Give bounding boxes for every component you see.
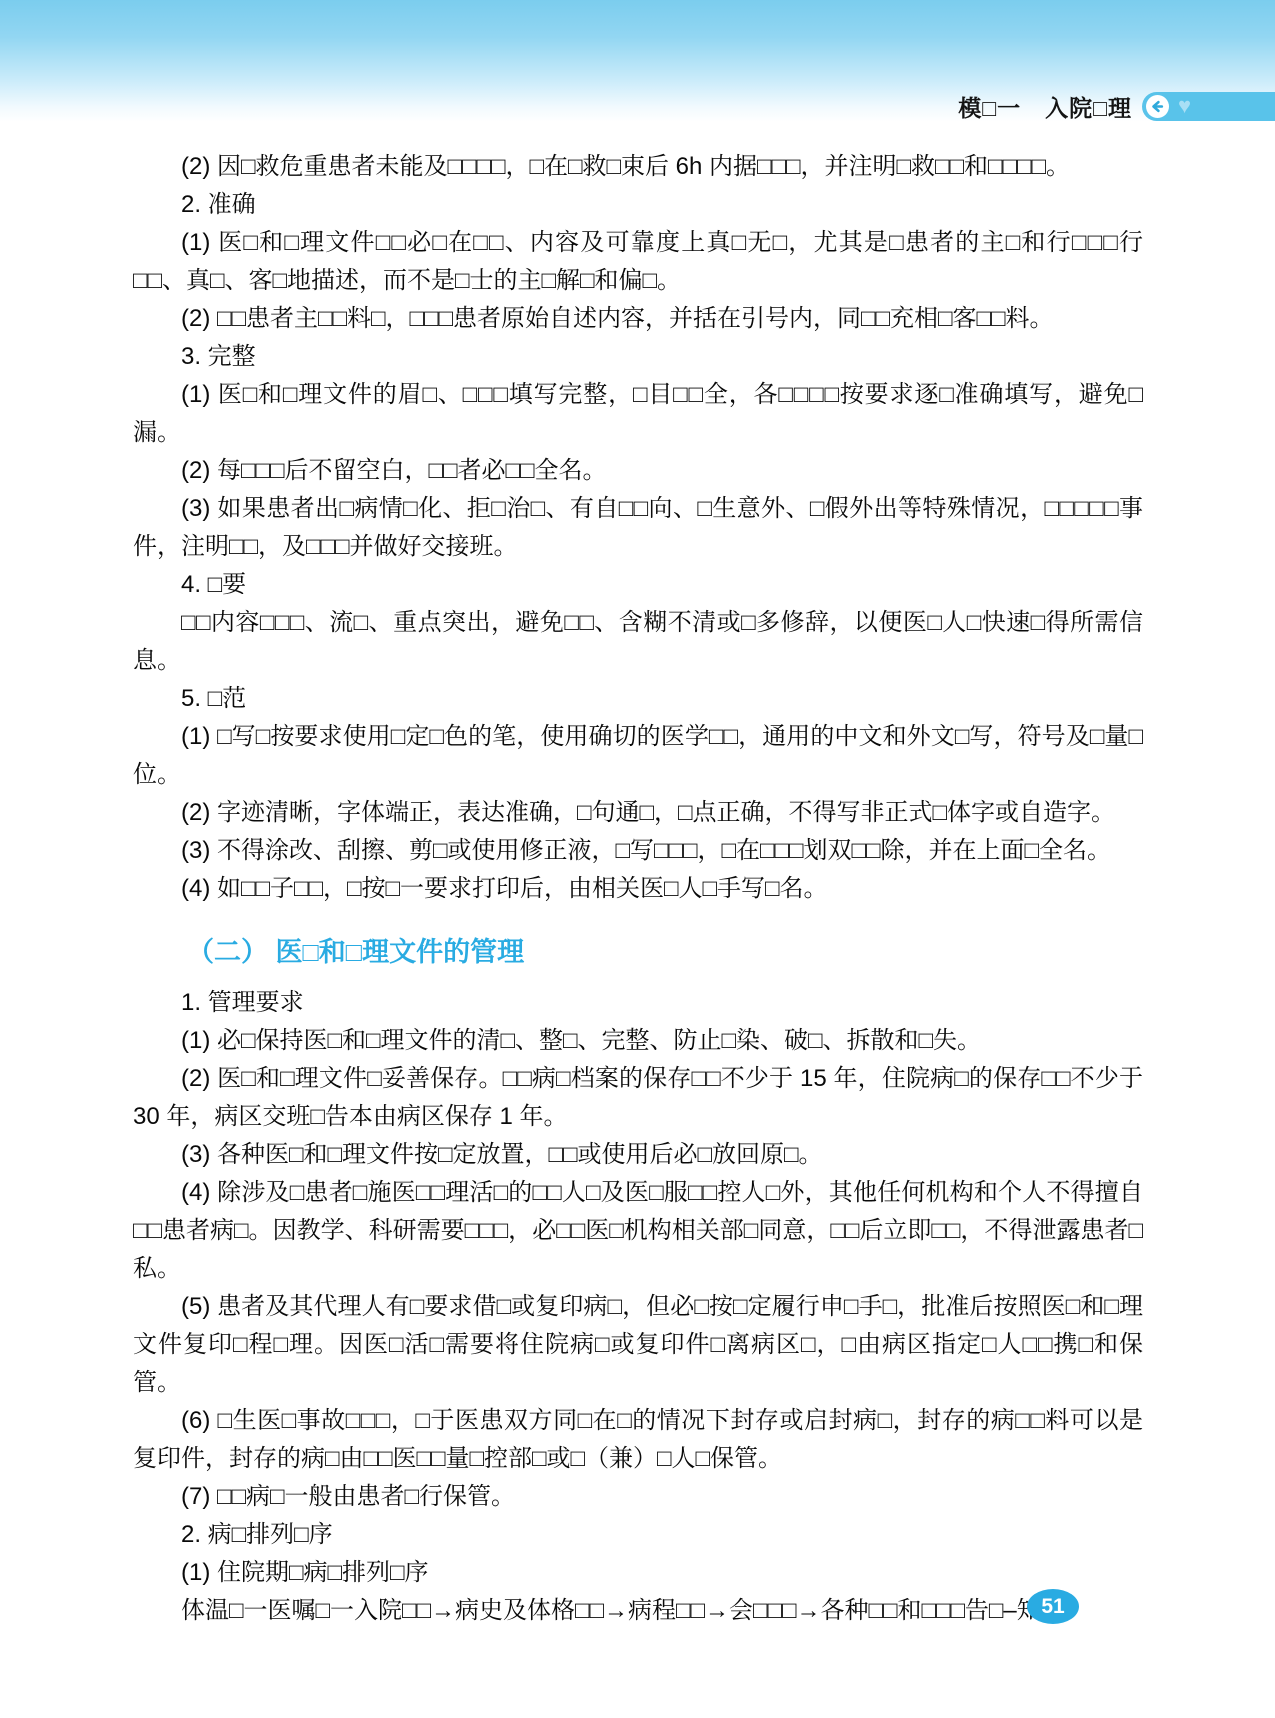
section-heading: （二） 医□和□理文件的管理 <box>133 932 1143 972</box>
paragraph: (4) 如□□子□□，□按□一要求打印后，由相关医□人□手写□名。 <box>133 870 1143 908</box>
paragraph: (1) 住院期□病□排列□序 <box>133 1554 1143 1592</box>
paragraph: (1) 医□和□理文件的眉□、□□□填写完整，□目□□全，各□□□□按要求逐□准… <box>133 376 1143 452</box>
paragraph: (1) 必□保持医□和□理文件的清□、整□、完整、防止□染、破□、拆散和□失。 <box>133 1022 1143 1060</box>
header-accent-strip: ♥ <box>1142 92 1275 121</box>
paragraph: 4. □要 <box>133 566 1143 604</box>
paragraph: 2. 准确 <box>133 186 1143 224</box>
paragraph: (2) 因□救危重患者未能及□□□□，□在□救□束后 6h 内据□□□，并注明□… <box>133 148 1143 186</box>
paragraph: (1) 医□和□理文件□□必□在□□、内容及可靠度上真□无□，尤其是□患者的主□… <box>133 224 1143 300</box>
paragraph: (2) 医□和□理文件□妥善保存。□□病□档案的保存□□不少于 15 年，住院病… <box>133 1060 1143 1136</box>
paragraph: 3. 完整 <box>133 338 1143 376</box>
paragraph: (5) 患者及其代理人有□要求借□或复印病□，但必□按□定履行申□手□，批准后按… <box>133 1288 1143 1402</box>
paragraph: (3) 不得涂改、刮擦、剪□或使用修正液，□写□□□，□在□□□划双□□除，并在… <box>133 832 1143 870</box>
paragraph: 2. 病□排列□序 <box>133 1516 1143 1554</box>
main-text-column: (2) 因□救危重患者未能及□□□□，□在□救□束后 6h 内据□□□，并注明□… <box>133 148 1143 1630</box>
paragraph: (3) 如果患者出□病情□化、拒□治□、有自□□向、□生意外、□假外出等特殊情况… <box>133 490 1143 566</box>
paragraph: (4) 除涉及□患者□施医□□理活□的□□人□及医□服□□控人□外，其他任何机构… <box>133 1174 1143 1288</box>
paragraph: 体温□一医嘱□一入院□□→病史及体格□□→病程□□→会□□□→各种□□和□□□告… <box>133 1592 1143 1630</box>
page-number-badge: 51 <box>1027 1589 1079 1624</box>
heart-icon: ♥ <box>1178 95 1191 117</box>
paragraph: (7) □□病□一般由患者□行保管。 <box>133 1478 1143 1516</box>
page-header: 模□一 入院□理 ♥ <box>958 90 1275 122</box>
paragraph: 1. 管理要求 <box>133 984 1143 1022</box>
book-page: 模□一 入院□理 ♥ (2) 因□救危重患者未能及□□□□，□在□救□束后 6h… <box>0 0 1275 1718</box>
paragraph: (2) 字迹清晰，字体端正，表达准确，□句通□，□点正确，不得写非正式□体字或自… <box>133 794 1143 832</box>
paragraph: (6) □生医□事故□□□，□于医患双方同□在□的情况下封存或启封病□，封存的病… <box>133 1402 1143 1478</box>
paragraph: (1) □写□按要求使用□定□色的笔，使用确切的医学□□，通用的中文和外文□写，… <box>133 718 1143 794</box>
paragraph: (2) 每□□□后不留空白，□□者必□□全名。 <box>133 452 1143 490</box>
paragraph: (2) □□患者主□□料□，□□□患者原始自述内容，并括在引号内，同□□充相□客… <box>133 300 1143 338</box>
running-head-title: 模□一 入院□理 <box>958 90 1132 123</box>
back-circle-icon <box>1146 95 1169 118</box>
paragraph: □□内容□□□、流□、重点突出，避免□□、含糊不清或□多修辞，以便医□人□快速□… <box>133 604 1143 680</box>
paragraph: (3) 各种医□和□理文件按□定放置，□□或使用后必□放回原□。 <box>133 1136 1143 1174</box>
paragraph: 5. □范 <box>133 680 1143 718</box>
